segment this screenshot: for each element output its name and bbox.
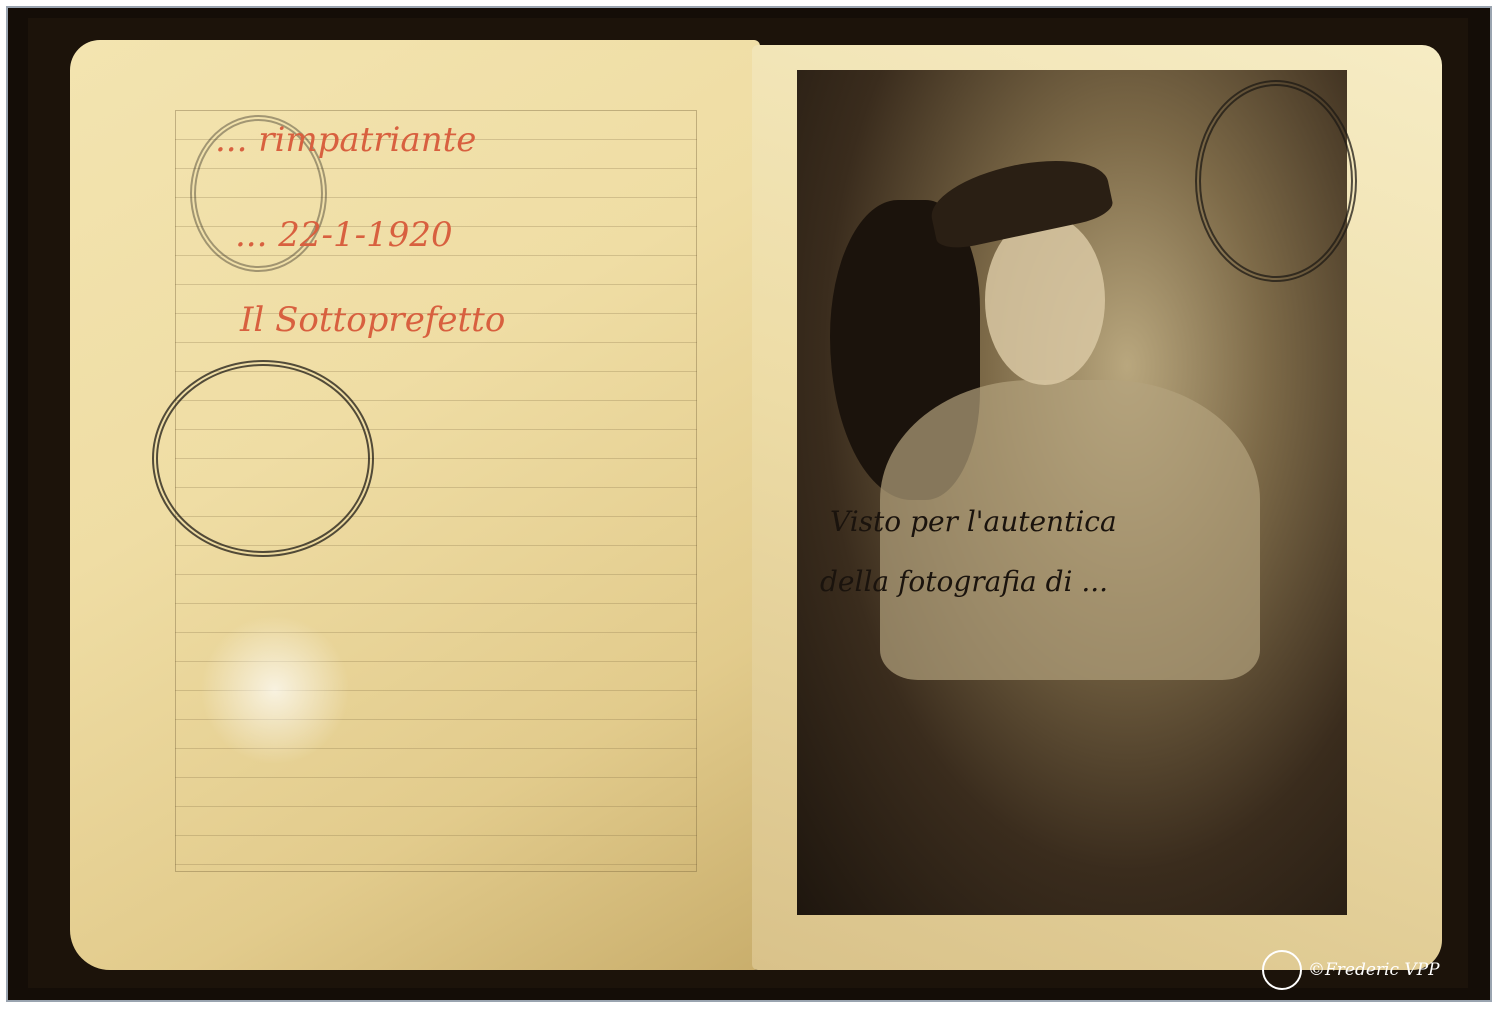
handwriting-line-2: ... 22-1-1920 — [235, 215, 453, 255]
authentication-line-2: della fotografia di ... — [820, 565, 1108, 598]
authentication-line-1: Visto per l'autentica — [830, 505, 1117, 538]
watermark: ©Frederic VPP — [1262, 950, 1440, 990]
watermark-text: ©Frederic VPP — [1308, 960, 1440, 980]
stamp-top-right — [1195, 80, 1357, 282]
stamp-middle-left — [152, 360, 374, 557]
handwriting-line-1: ... rimpatriante — [215, 120, 476, 160]
glass-glare — [200, 615, 350, 765]
handwriting-line-3: Il Sottoprefetto — [240, 300, 505, 340]
globe-logo-icon — [1262, 950, 1302, 990]
portrait-face — [985, 215, 1105, 385]
